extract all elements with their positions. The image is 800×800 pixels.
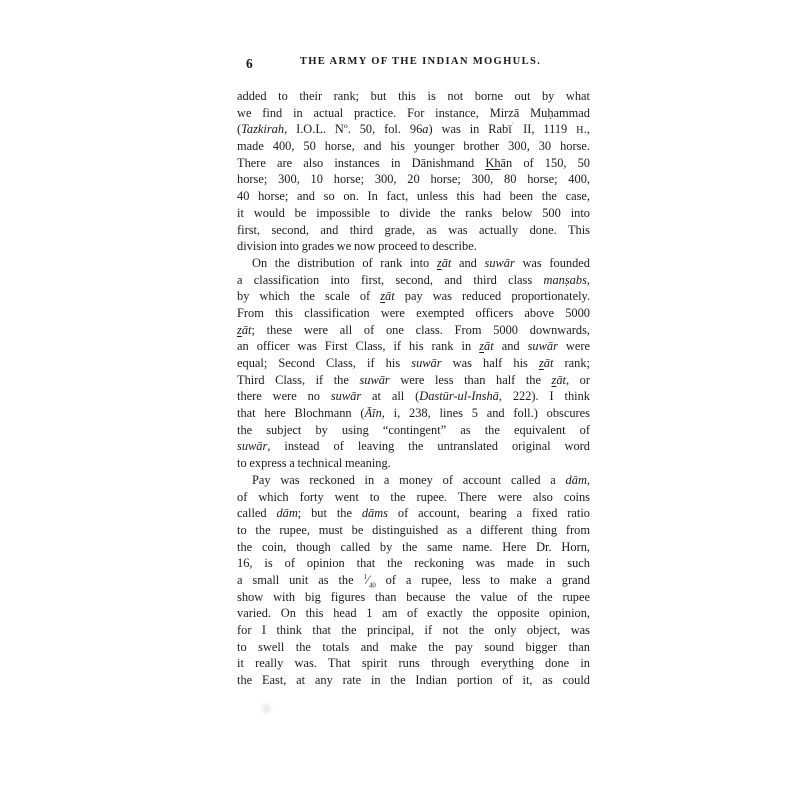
text-line: the coin, though called by the same name… — [237, 539, 590, 556]
text-line: There are also instances in Dānishmand K… — [237, 155, 590, 172]
text-line: made 400, 50 horse, and his younger brot… — [237, 138, 590, 155]
text-line: varied. On this head 1 am of exactly the… — [237, 605, 590, 622]
text-line: 16, is of opinion that the reckoning was… — [237, 555, 590, 572]
text-line: On the distribution of rank into zāt and… — [237, 255, 590, 272]
text-line: division into grades we now proceed to d… — [237, 238, 590, 255]
text-line: horse; 300, 10 horse; 300, 20 horse; 300… — [237, 171, 590, 188]
text-line: the East, at any rate in the Indian port… — [237, 672, 590, 689]
page-number: 6 — [246, 56, 253, 72]
text-line: it would be impossible to divide the ran… — [237, 205, 590, 222]
text-line: the subject by using “contingent” as the… — [237, 422, 590, 439]
text-line: (Tazkirah, I.O.L. No. 50, fol. 96a) was … — [237, 121, 590, 138]
text-line: Third Class, if the suwār were less than… — [237, 372, 590, 389]
text-line: there were no suwār at all (Dastūr-ul-In… — [237, 388, 590, 405]
text-line: to swell the totals and make the pay sou… — [237, 639, 590, 656]
text-line: an officer was First Class, if his rank … — [237, 338, 590, 355]
text-line: called dām; but the dāms of account, bea… — [237, 505, 590, 522]
text-line: a classification into first, second, and… — [237, 272, 590, 289]
page-content: 6 THE ARMY OF THE INDIAN MOGHULS. added … — [237, 56, 590, 689]
running-head-title: THE ARMY OF THE INDIAN MOGHULS. — [237, 56, 590, 67]
text-line: equal; Second Class, if his suwār was ha… — [237, 355, 590, 372]
text-line: for I think that the principal, if not t… — [237, 622, 590, 639]
text-line: 40 horse; and so on. In fact, unless thi… — [237, 188, 590, 205]
text-line: suwār, instead of leaving the untranslat… — [237, 438, 590, 455]
text-line: zāt; these were all of one class. From 5… — [237, 322, 590, 339]
running-head: 6 THE ARMY OF THE INDIAN MOGHULS. — [237, 56, 590, 71]
text-line: From this classification were exempted o… — [237, 305, 590, 322]
text-line: that here Blochmann (Āīn, i, 238, lines … — [237, 405, 590, 422]
page-body: added to their rank; but this is not bor… — [237, 88, 590, 689]
text-line: of which forty went to the rupee. There … — [237, 489, 590, 506]
scanned-book-page: 6 THE ARMY OF THE INDIAN MOGHULS. added … — [0, 0, 800, 800]
text-line: to express a technical meaning. — [237, 455, 590, 472]
text-line: show with big figures than because the v… — [237, 589, 590, 606]
text-line: to the rupee, must be distinguished as a… — [237, 522, 590, 539]
text-line: a small unit as the 1⁄40 of a rupee, les… — [237, 572, 590, 589]
text-line: added to their rank; but this is not bor… — [237, 88, 590, 105]
scan-smudge-artifact — [263, 704, 270, 713]
text-line: it really was. That spirit runs through … — [237, 655, 590, 672]
text-line: by which the scale of zāt pay was reduce… — [237, 288, 590, 305]
text-line: Pay was reckoned in a money of account c… — [237, 472, 590, 489]
text-line: first, second, and third grade, as was a… — [237, 222, 590, 239]
text-line: we find in actual practice. For instance… — [237, 105, 590, 122]
